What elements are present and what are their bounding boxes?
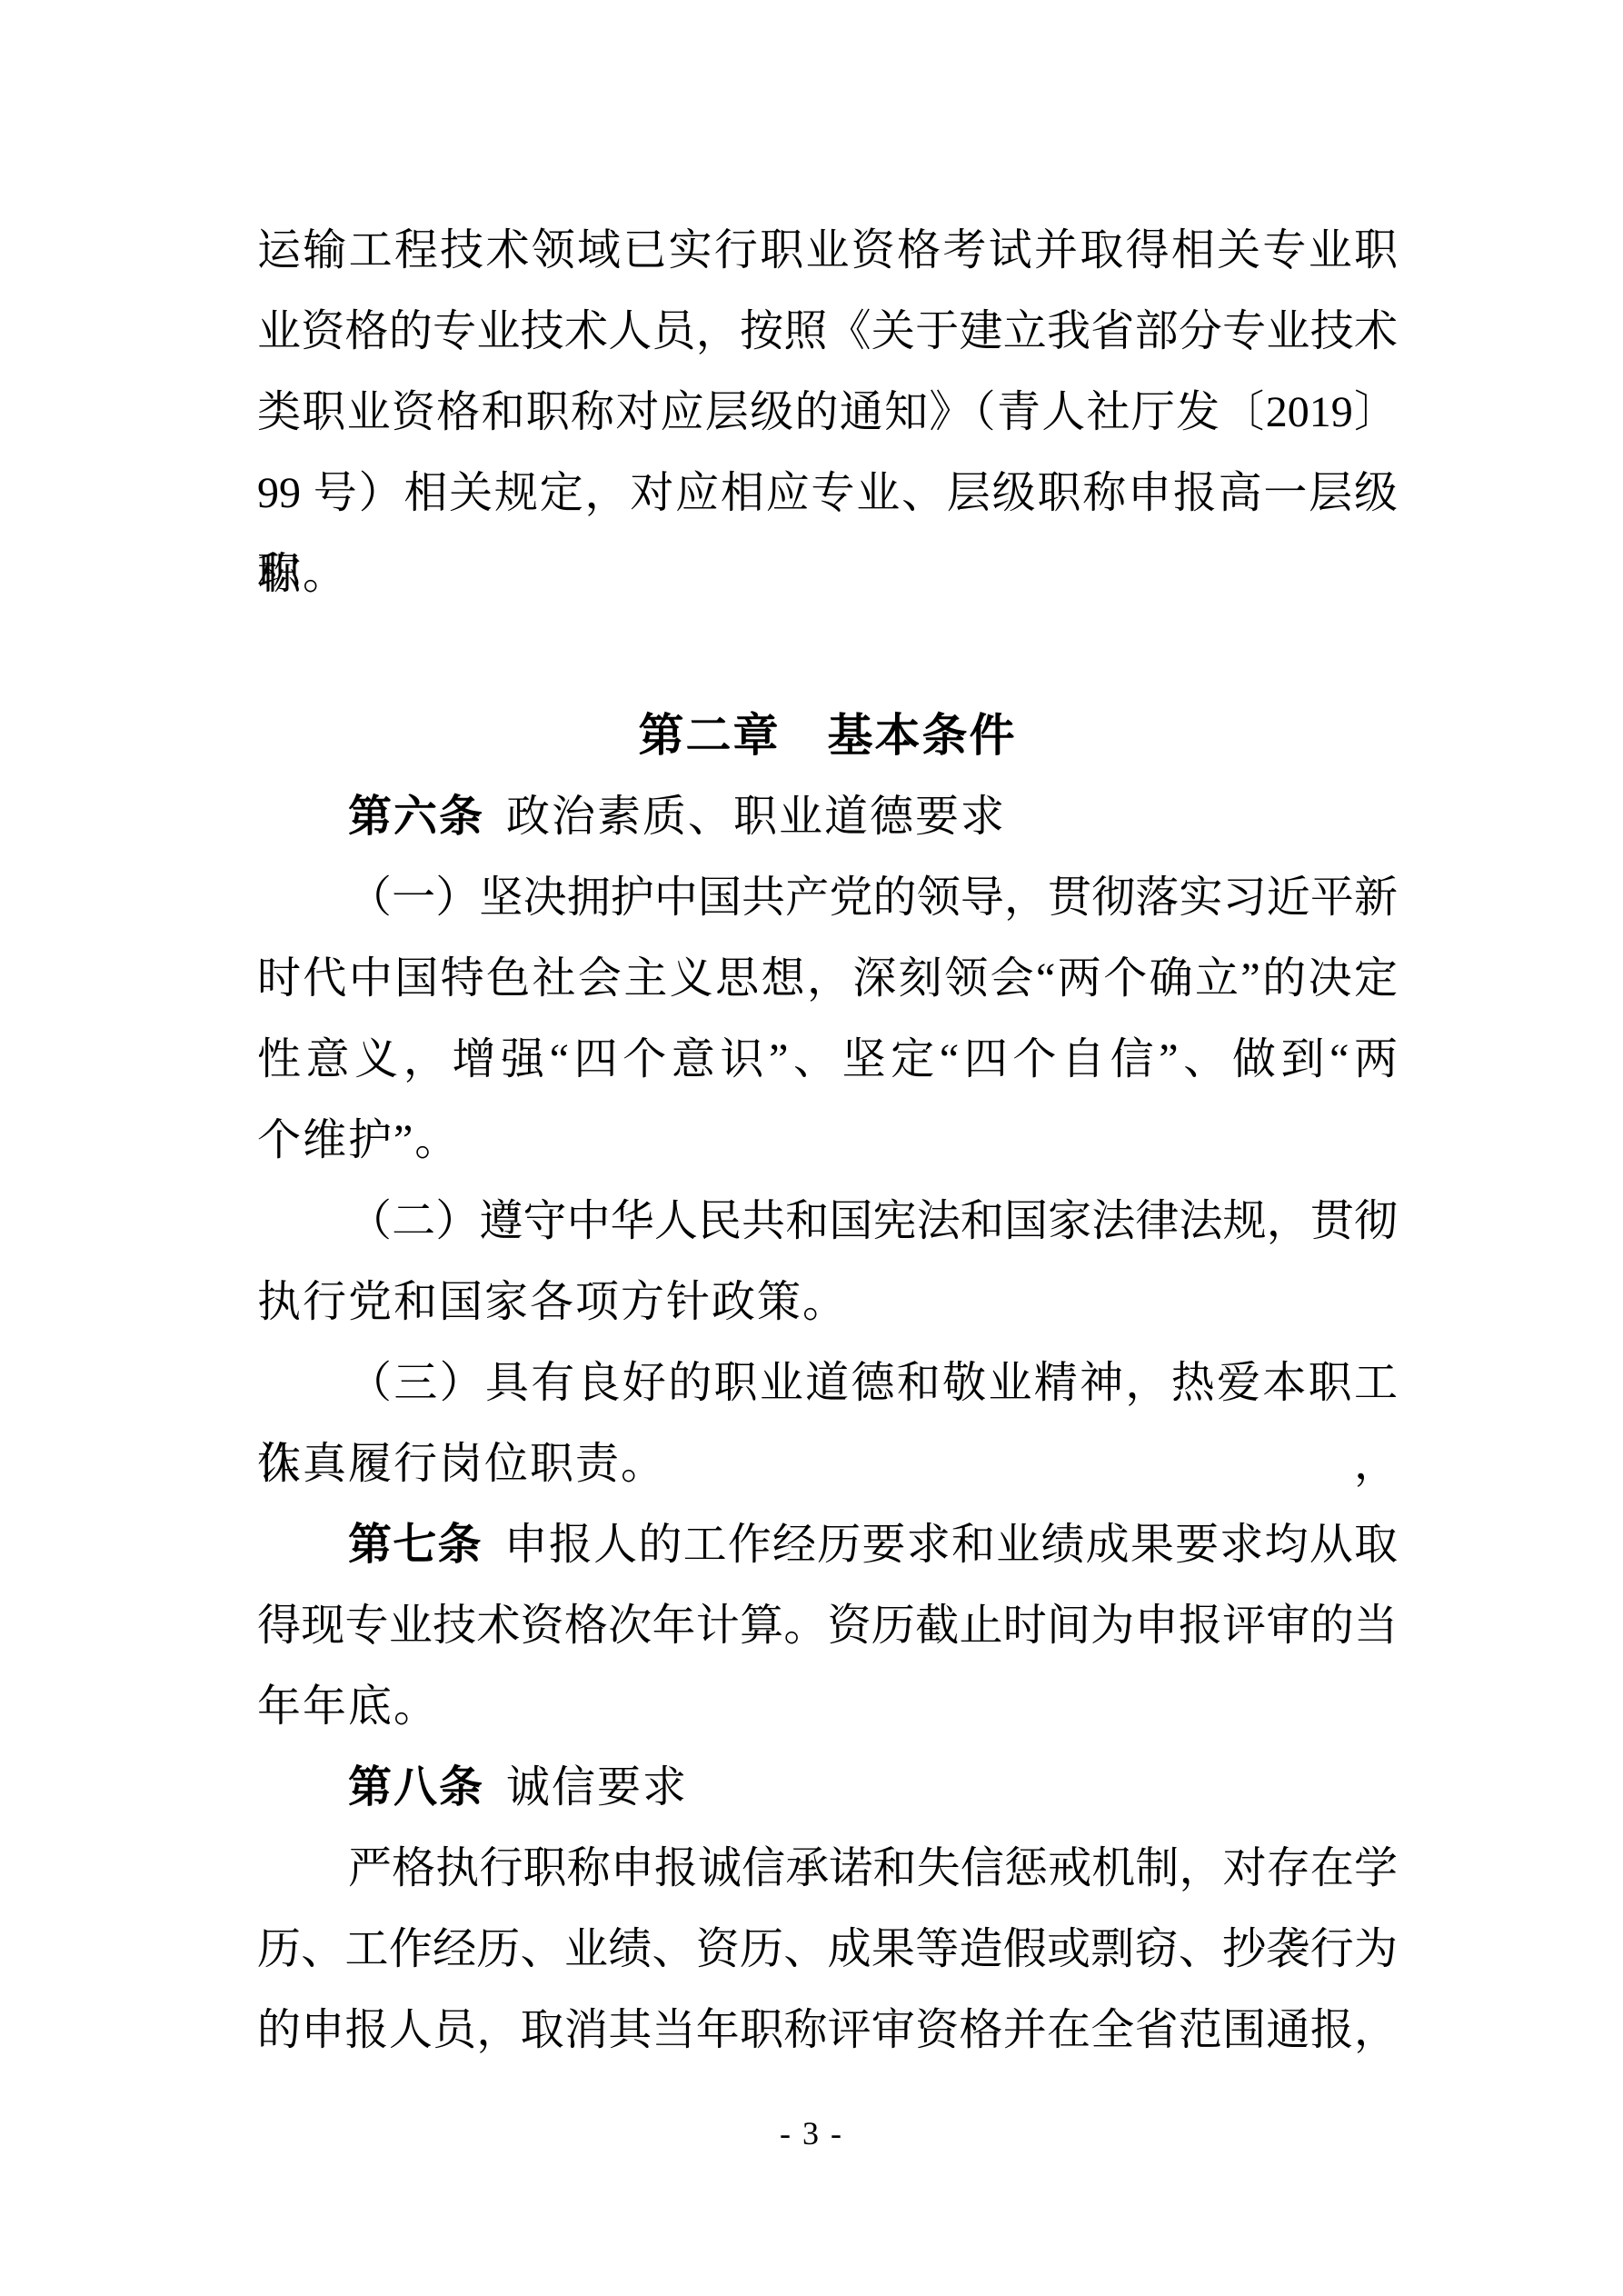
document-line: 称。	[257, 534, 1398, 614]
document-line: 个维护”。	[257, 1100, 1398, 1181]
article-8-heading: 第八条诚信要求	[257, 1747, 1398, 1828]
document-line: 严格执行职称申报诚信承诺和失信惩戒机制，对存在学	[257, 1828, 1398, 1909]
document-line: 99 号）相关规定，对应相应专业、层级职称申报高一层级职	[257, 453, 1398, 534]
document-line: 性意义，增强“四个意识”、坚定“四个自信”、做到“两	[257, 1019, 1398, 1100]
article-6-title: 政治素质、职业道德要求	[506, 793, 1006, 841]
page-number: - 3 -	[0, 2113, 1623, 2153]
document-line: 类职业资格和职称对应层级的通知》（青人社厅发〔2019〕	[257, 372, 1398, 453]
article-7-label: 第七条	[348, 1521, 483, 1569]
document-line: （二）遵守中华人民共和国宪法和国家法律法规，贯彻	[257, 1181, 1398, 1262]
document-line: 运输工程技术领域已实行职业资格考试并取得相关专业职	[257, 210, 1398, 291]
blank-line	[257, 614, 1398, 695]
document-line: 业资格的专业技术人员，按照《关于建立我省部分专业技术	[257, 291, 1398, 372]
article-8-title: 诚信要求	[506, 1763, 688, 1812]
document-line: 执行党和国家各项方针政策。	[257, 1262, 1398, 1343]
document-line: 年年底。	[257, 1666, 1398, 1747]
document-line: 时代中国特色社会主义思想，深刻领会“两个确立”的决定	[257, 938, 1398, 1019]
article-7-text: 申报人的工作经历要求和业绩成果要求均从取	[504, 1521, 1398, 1569]
chapter-heading: 第二章 基本条件	[257, 695, 1398, 776]
article-7-first-line: 第七条申报人的工作经历要求和业绩成果要求均从取	[257, 1504, 1398, 1585]
document-body: 运输工程技术领域已实行职业资格考试并取得相关专业职 业资格的专业技术人员，按照《…	[257, 210, 1398, 2071]
document-line: 得现专业技术资格次年计算。资历截止时间为申报评审的当	[257, 1585, 1398, 1666]
article-6-heading: 第六条政治素质、职业道德要求	[257, 776, 1398, 857]
document-page: 运输工程技术领域已实行职业资格考试并取得相关专业职 业资格的专业技术人员，按照《…	[0, 0, 1623, 2296]
article-8-label: 第八条	[348, 1763, 484, 1812]
document-line: 历、工作经历、业绩、资历、成果等造假或剽窃、抄袭行为	[257, 1909, 1398, 1990]
article-6-label: 第六条	[348, 793, 484, 841]
document-line: （三）具有良好的职业道德和敬业精神，热爱本职工作，	[257, 1343, 1398, 1423]
document-line: 的申报人员，取消其当年职称评审资格并在全省范围通报，	[257, 1990, 1398, 2071]
document-line: （一）坚决拥护中国共产党的领导，贯彻落实习近平新	[257, 857, 1398, 938]
